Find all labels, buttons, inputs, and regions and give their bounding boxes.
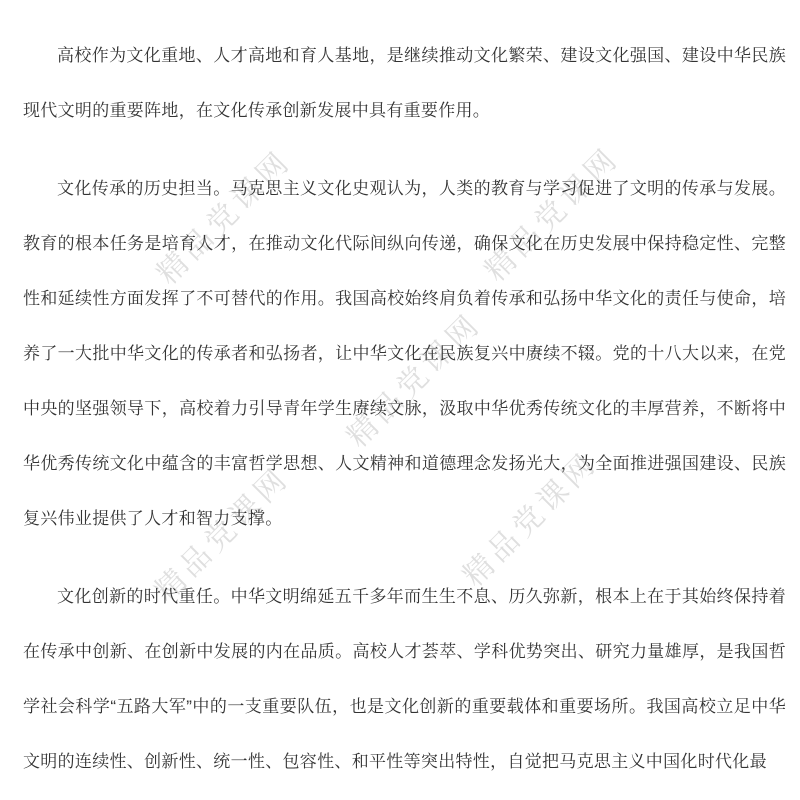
document-content: 高校作为文化重地、人才高地和育人基地，是继续推动文化繁荣、建设文化强国、建设中华…: [0, 0, 800, 800]
paragraph-cultural-innovation: 文化创新的时代重任。中华文明绵延五千多年而生生不息、历久弥新，根本上在于其始终保…: [23, 569, 786, 789]
paragraph-intro: 高校作为文化重地、人才高地和育人基地，是继续推动文化繁荣、建设文化强国、建设中华…: [23, 28, 786, 138]
paragraph-cultural-inheritance: 文化传承的历史担当。马克思主义文化史观认为，人类的教育与学习促进了文明的传承与发…: [23, 161, 786, 546]
document-page: 精品党课网 精品党课网 精品党课网 精品党课网 精品党课网 高校作为文化重地、人…: [0, 0, 800, 800]
